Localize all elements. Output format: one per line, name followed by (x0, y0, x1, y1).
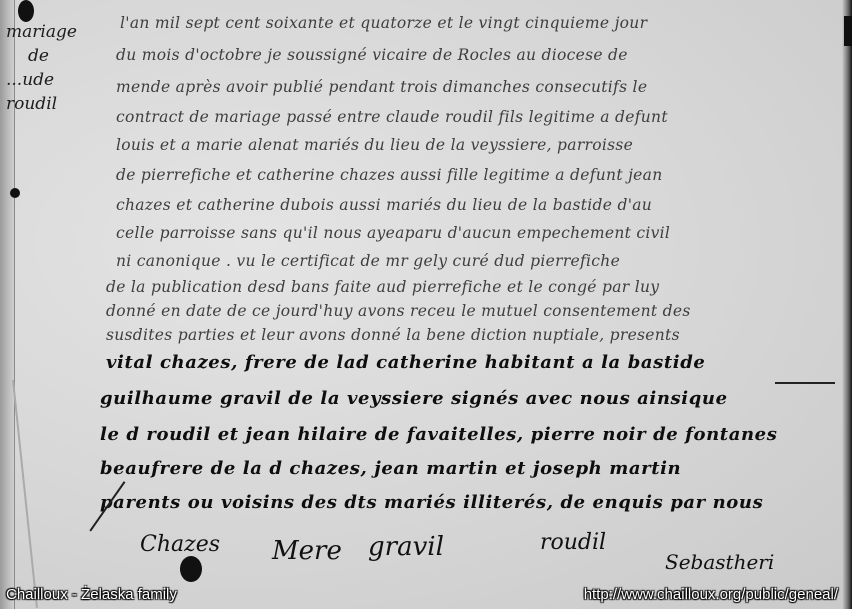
entry-line: de la publication desd bans faite aud pi… (106, 278, 659, 296)
margin-note-line: roudil (6, 92, 106, 116)
entry-line: contract de mariage passé entre claude r… (116, 108, 668, 126)
entry-line: chazes et catherine dubois aussi mariés … (116, 196, 652, 214)
scanned-register-page: mariage de ...ude roudil l'an mil sept c… (0, 0, 852, 609)
signature-chazes: Chazes (140, 532, 220, 557)
ink-blot-signature (180, 556, 202, 582)
entry-line: susdites parties et leur avons donné la … (106, 326, 680, 344)
entry-line: beaufrere de la d chazes, jean martin et… (100, 458, 681, 479)
margin-note-line: ...ude (6, 68, 106, 92)
entry-line: celle parroisse sans qu'il nous ayeaparu… (116, 224, 670, 242)
entry-line: ni canonique . vu le certificat de mr ge… (116, 252, 620, 270)
entry-line: vital chazes, frere de lad catherine hab… (106, 352, 705, 373)
signature-sebastheri: Sebastheri (665, 550, 774, 574)
watermark-family-name: Chailloux - Żelaska family (6, 586, 177, 603)
entry-line: guilhaume gravil de la veyssiere signés … (100, 388, 728, 409)
paper-crease (12, 380, 38, 608)
entry-line: louis et a marie alenat mariés du lieu d… (116, 136, 633, 154)
page-right-tab (844, 16, 852, 46)
entry-line: mende après avoir publié pendant trois d… (116, 78, 647, 96)
signature-gravil: gravil (368, 532, 444, 562)
entry-line: donné en date de ce jourd'huy avons rece… (106, 302, 691, 320)
entry-line: parents ou voisins des dts mariés illite… (100, 492, 763, 513)
margin-note-line: de (6, 44, 106, 68)
page-right-edge (842, 0, 852, 609)
signature-roudil: roudil (540, 530, 606, 555)
entry-line: de pierrefiche et catherine chazes aussi… (116, 166, 662, 184)
entry-line: du mois d'octobre je soussigné vicaire d… (116, 46, 628, 64)
entry-line: le d roudil et jean hilaire de favaitell… (100, 424, 777, 445)
entry-line: l'an mil sept cent soixante et quatorze … (120, 14, 647, 32)
signature-mere: Mere (272, 536, 342, 566)
ink-blot-top-left (18, 0, 34, 22)
margin-note: mariage de ...ude roudil (6, 20, 106, 116)
margin-note-line: mariage (6, 20, 106, 44)
pen-stroke (775, 382, 835, 384)
ink-blot-margin (10, 188, 20, 198)
watermark-url: http://www.chailloux.org/public/geneal/ (584, 586, 838, 603)
